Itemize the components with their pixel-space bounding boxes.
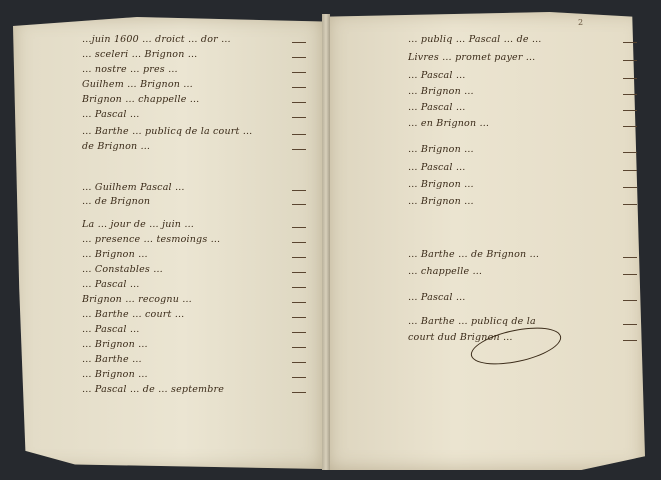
line-dash [623,110,637,111]
line-dash [292,134,306,135]
line-dash [292,332,306,333]
line-dash [292,392,306,393]
line-dash [623,152,637,153]
book-gutter [322,14,330,470]
handwritten-line: La … jour de … juin … [82,219,302,231]
handwritten-line: …juin 1600 … droict … dor … [82,34,302,46]
handwritten-line: Brignon … recognu … [82,294,302,306]
line-dash [623,170,637,171]
line-dash [292,272,306,273]
handwritten-line: … Brignon … [82,339,302,351]
handwritten-line: … Pascal … [408,292,633,304]
handwritten-line: … Guilhem Pascal … [82,182,302,194]
handwritten-line: … presence … tesmoings … [82,234,302,246]
handwritten-line: Livres … promet payer … [408,52,633,64]
handwritten-line: … en Brignon … [408,118,633,130]
line-dash [292,227,306,228]
handwritten-line: … de Brignon [82,196,302,208]
handwritten-line: … Pascal … [408,70,633,82]
line-dash [623,42,637,43]
handwritten-line: … Barthe … court … [82,309,302,321]
handwritten-line: … nostre … pres … [82,64,302,76]
handwritten-line: … Pascal … [408,102,633,114]
handwritten-line: … Pascal … [408,162,633,174]
handwritten-line: … publiq … Pascal … de … [408,34,633,46]
line-dash [623,126,637,127]
handwritten-line: … Brignon … [408,196,633,208]
handwritten-line: Guilhem … Brignon … [82,79,302,91]
page-number: 2 [578,18,583,27]
line-dash [292,190,306,191]
line-dash [623,324,637,325]
handwritten-line: … Brignon … [82,249,302,261]
line-dash [292,102,306,103]
line-dash [292,42,306,43]
line-dash [292,149,306,150]
line-dash [292,87,306,88]
handwritten-line: court dud Brignon … [408,332,633,344]
line-dash [623,204,637,205]
line-dash [623,257,637,258]
handwritten-line: … chappelle … [408,266,633,278]
line-dash [623,94,637,95]
line-dash [292,72,306,73]
handwritten-line: … Barthe … [82,354,302,366]
line-dash [623,187,637,188]
line-dash [292,317,306,318]
line-dash [623,60,637,61]
handwritten-line: … Barthe … publicq de la [408,316,633,328]
handwritten-line: … Brignon … [408,144,633,156]
handwritten-line: … Constables … [82,264,302,276]
handwritten-line: … Pascal … [82,109,302,121]
line-dash [292,302,306,303]
line-dash [623,78,637,79]
line-dash [292,287,306,288]
handwritten-line: … Pascal … de … septembre [82,384,302,396]
handwritten-line: … Pascal … [82,324,302,336]
handwritten-line: … Barthe … publicq de la court … [82,126,302,138]
line-dash [623,274,637,275]
handwritten-line: … Brignon … [408,179,633,191]
line-dash [292,362,306,363]
handwritten-line: … sceleri … Brignon … [82,49,302,61]
handwritten-line: Brignon … chappelle … [82,94,302,106]
line-dash [292,242,306,243]
handwritten-line: … Brignon … [82,369,302,381]
line-dash [623,340,637,341]
line-dash [292,57,306,58]
handwritten-line: de Brignon … [82,141,302,153]
line-dash [292,377,306,378]
line-dash [292,347,306,348]
line-dash [623,300,637,301]
line-dash [292,257,306,258]
line-dash [292,117,306,118]
line-dash [292,204,306,205]
handwritten-line: … Brignon … [408,86,633,98]
handwritten-line: … Barthe … de Brignon … [408,249,633,261]
handwritten-line: … Pascal … [82,279,302,291]
